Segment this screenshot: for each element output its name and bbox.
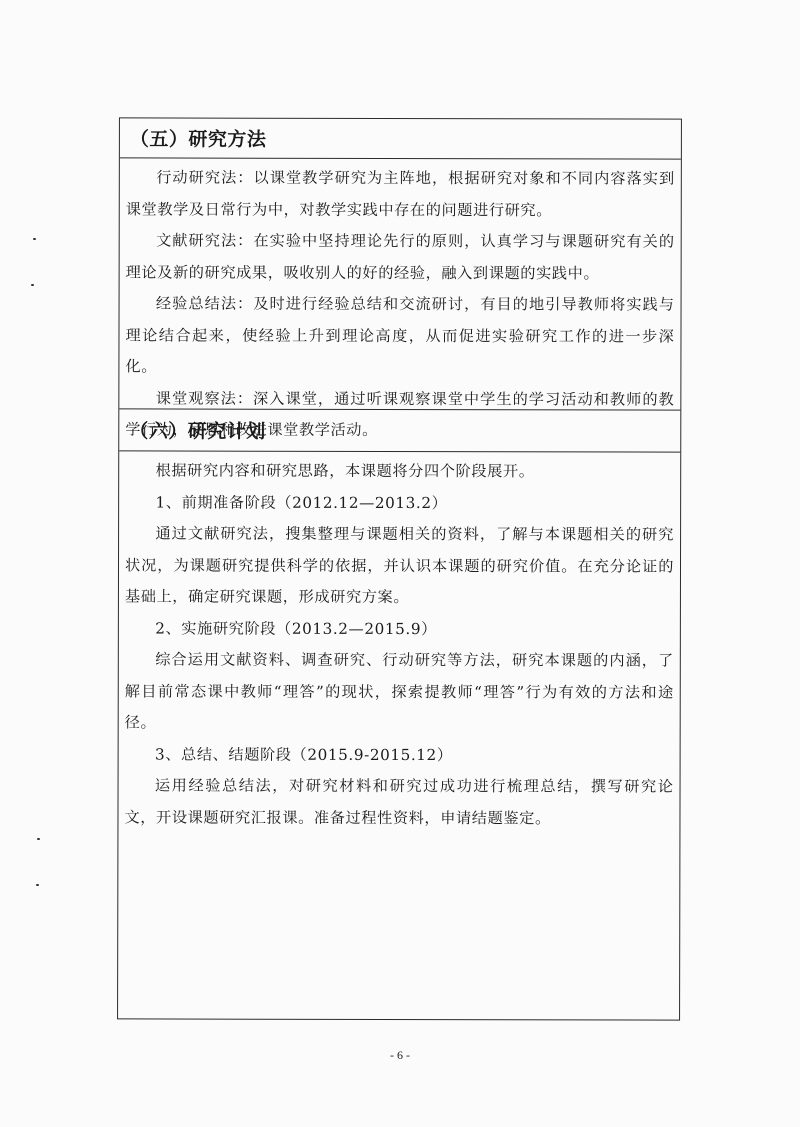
stage-3-heading: 3、总结、结题阶段（2015.9-2015.12）	[125, 739, 674, 772]
stage-2-heading: 2、实施研究阶段（2013.2—2015.9）	[125, 613, 674, 646]
scan-mark	[33, 238, 36, 240]
section-body-research-plan: 根据研究内容和研究思路，本课题将分四个阶段展开。 1、前期准备阶段（2012.1…	[118, 451, 680, 836]
stage-3-description: 运用经验总结法，对研究材料和研究过成功进行梳理总结，撰写研究论文，开设课题研究汇…	[124, 770, 673, 834]
section-title-research-methods: （五）研究方法	[120, 118, 681, 159]
stage-1-description: 通过文献研究法，搜集整理与课题相关的资料，了解与本课题相关的研究状况，为课题研究…	[125, 518, 674, 614]
paragraph-action-research: 行动研究法：以课堂教学研究为主阵地，根据研究对象和不同内容落实到课堂教学及日常行…	[126, 162, 675, 226]
paragraph-experience-summary: 经验总结法：及时进行经验总结和交流研讨，有目的地引导教师将实践与理论结合起来，使…	[125, 288, 674, 384]
research-table: （五）研究方法 行动研究法：以课堂教学研究为主阵地，根据研究对象和不同内容落实到…	[117, 117, 682, 1020]
paragraph-literature-research: 文献研究法：在实验中坚持理论先行的原则，认真学习与课题研究有关的理论及新的研究成…	[126, 225, 675, 289]
stage-2-description: 综合运用文献资料、调查研究、行动研究等方法，研究本课题的内涵，了解目前常态课中教…	[125, 644, 674, 740]
paragraph-plan-intro: 根据研究内容和研究思路，本课题将分四个阶段展开。	[125, 455, 674, 488]
scan-mark	[31, 284, 34, 286]
section-body-research-methods: 行动研究法：以课堂教学研究为主阵地，根据研究对象和不同内容落实到课堂教学及日常行…	[119, 158, 681, 409]
scan-mark	[36, 884, 39, 886]
stage-1-heading: 1、前期准备阶段（2012.12—2013.2）	[125, 487, 674, 520]
scan-mark	[37, 838, 40, 840]
page-number: - 6 -	[0, 1048, 800, 1063]
